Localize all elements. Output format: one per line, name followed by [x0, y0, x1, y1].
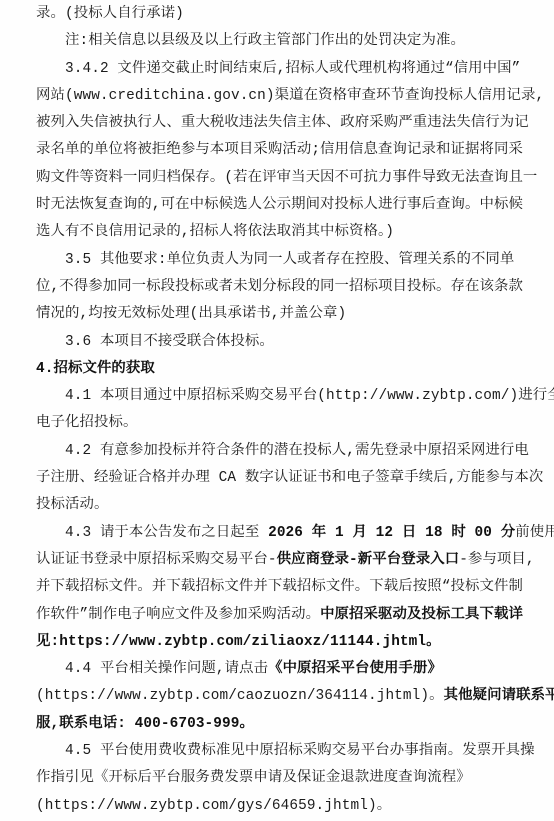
text-line: 3.5 其他要求:单位负责人为同一人或者存在控股、管理关系的不同单 [36, 247, 536, 274]
text-run: 子注册、经验证合格并办理 CA 数字认证证书和电子签章手续后,方能参与本次 [36, 470, 543, 486]
text-run: 注:相关信息以县级及以上行政主管部门作出的处罚决定为准。 [65, 33, 465, 49]
text-run: 选人有不良信用记录的,招标人将依法取消其中标资格。) [36, 224, 394, 240]
text-run: 4.4 平台相关操作问题,请点击 [65, 661, 268, 677]
text-run: 4.1 本项目通过中原招标采购交易平台( [65, 388, 326, 404]
text-line: (https://www.zybtp.com/caozuozn/364114.j… [36, 683, 536, 710]
section-heading: 4.招标文件的获取 [36, 356, 536, 383]
text-run: 3.5 其他要求:单位负责人为同一人或者存在控股、管理关系的不同单 [65, 252, 514, 268]
text-run: 录名单的单位将被拒绝参与本项目采购活动;信用信息查询记录和证据将同采 [36, 142, 523, 158]
text-run: 3.6 本项目不接受联合体投标。 [65, 334, 274, 350]
text-run: )。 [368, 798, 391, 814]
text-line: 4.2 有意参加投标并符合条件的潜在投标人,需先登录中原招采网进行电 [36, 438, 536, 465]
text-line: 见:https://www.zybtp.com/ziliaoxz/11144.j… [36, 629, 536, 656]
text-run: 作指引见《开标后平台服务费发票申请及保证金退款进度查询流程》 [36, 770, 471, 786]
text-run: 时无法恢复查询的,可在中标候选人公示期间对投标人进行事后查询。中标候 [36, 197, 523, 213]
text-run: 其他疑问请联系平台客 [444, 688, 554, 704]
text-line: 认证证书登录中原招标采购交易平台-供应商登录-新平台登录入口-参与项目, [36, 547, 536, 574]
text-line: 3.4.2 文件递交截止时间结束后,招标人或代理机构将通过“信用中国” [36, 56, 536, 83]
text-run: )渠道在资格审查环节查询投标人信用记录, [266, 88, 544, 104]
text-line: 网站(www.creditchina.gov.cn)渠道在资格审查环节查询投标人… [36, 83, 536, 110]
text-run: 作软件”制作电子响应文件及参加采购活动。 [36, 607, 320, 623]
text-run: )进行全 [510, 388, 554, 404]
text-run: ( [36, 688, 45, 704]
text-run: 位,不得参加同一标段投标或者未划分标段的同一招标项目投标。存在该条款 [36, 279, 523, 295]
text-run: 购文件等资料一同归档保存。(若在评审当天因不可抗力事件导致无法查询且一 [36, 170, 537, 186]
url-text: http://www.zybtp.com/ [326, 388, 509, 404]
text-line: 4.5 平台使用费收费标准见中原招标采购交易平台办事指南。发票开具操 [36, 738, 536, 765]
url-text: www.creditchina.gov.cn [74, 88, 266, 104]
text-line: 购文件等资料一同归档保存。(若在评审当天因不可抗力事件导致无法查询且一 [36, 165, 536, 192]
text-line: 3.6 本项目不接受联合体投标。 [36, 329, 536, 356]
text-line: 选人有不良信用记录的,招标人将依法取消其中标资格。) [36, 219, 536, 246]
text-run: 前使用 CA 数字 [515, 525, 554, 541]
text-line: 录。(投标人自行承诺) [36, 1, 536, 28]
document-body: 录。(投标人自行承诺)注:相关信息以县级及以上行政主管部门作出的处罚决定为准。3… [36, 1, 536, 820]
text-run: 并下载招标文件。并下载招标文件并下载招标文件。下载后按照“投标文件制 [36, 579, 523, 595]
text-run: 4.3 请于本公告发布之日起至 [65, 525, 268, 541]
text-run: 《中原招采平台使用手册》 [268, 661, 442, 677]
text-run: 录。(投标人自行承诺) [36, 6, 184, 22]
text-line: 情况的,均按无效标处理(出具承诺书,并盖公章) [36, 301, 536, 328]
text-line: (https://www.zybtp.com/gys/64659.jhtml)。 [36, 793, 536, 820]
text-run: 情况的,均按无效标处理(出具承诺书,并盖公章) [36, 306, 346, 322]
text-line: 子注册、经验证合格并办理 CA 数字认证证书和电子签章手续后,方能参与本次 [36, 465, 536, 492]
text-run: 2026 年 1 月 12 日 18 时 00 分 [268, 525, 515, 541]
document-page: 录。(投标人自行承诺)注:相关信息以县级及以上行政主管部门作出的处罚决定为准。3… [0, 0, 554, 821]
text-run: 4.2 有意参加投标并符合条件的潜在投标人,需先登录中原招采网进行电 [65, 443, 529, 459]
text-line: 时无法恢复查询的,可在中标候选人公示期间对投标人进行事后查询。中标候 [36, 192, 536, 219]
text-run: 见: [36, 634, 59, 650]
text-line: 注:相关信息以县级及以上行政主管部门作出的处罚决定为准。 [36, 28, 536, 55]
text-line: 被列入失信被执行人、重大税收违法失信主体、政府采购严重违法失信行为记 [36, 110, 536, 137]
text-line: 并下载招标文件。并下载招标文件并下载招标文件。下载后按照“投标文件制 [36, 574, 536, 601]
text-run: 中原招采驱动及投标工具下载详 [320, 607, 523, 623]
text-run: 供应商登录-新平台登录入口 [277, 552, 460, 568]
text-line: 位,不得参加同一标段投标或者未划分标段的同一招标项目投标。存在该条款 [36, 274, 536, 301]
phone-number: 400-6703-999 [126, 716, 240, 732]
text-line: 电子化招投标。 [36, 410, 536, 437]
text-run: -参与项目, [459, 552, 534, 568]
text-line: 服,联系电话: 400-6703-999。 [36, 711, 536, 738]
text-run: 认证证书登录中原招标采购交易平台- [36, 552, 277, 568]
text-run: 网站( [36, 88, 74, 104]
text-run: 。 [240, 716, 255, 732]
text-run: 4.招标文件的获取 [36, 361, 155, 377]
text-line: 4.1 本项目通过中原招标采购交易平台(http://www.zybtp.com… [36, 383, 536, 410]
text-run: 投标活动。 [36, 497, 108, 513]
text-run: ( [36, 798, 45, 814]
url-text: https://www.zybtp.com/gys/64659.jhtml [45, 798, 368, 814]
text-run: 服,联系电话: [36, 716, 126, 732]
text-run: 4.5 平台使用费收费标准见中原招标采购交易平台办事指南。发票开具操 [65, 743, 535, 759]
text-run: 被列入失信被执行人、重大税收违法失信主体、政府采购严重违法失信行为记 [36, 115, 529, 131]
text-line: 作指引见《开标后平台服务费发票申请及保证金退款进度查询流程》 [36, 765, 536, 792]
text-line: 4.3 请于本公告发布之日起至 2026 年 1 月 12 日 18 时 00 … [36, 520, 536, 547]
text-run: 3.4.2 文件递交截止时间结束后,招标人或代理机构将通过“信用中国” [65, 61, 520, 77]
text-run: )。 [420, 688, 443, 704]
text-line: 投标活动。 [36, 492, 536, 519]
text-line: 4.4 平台相关操作问题,请点击《中原招采平台使用手册》 [36, 656, 536, 683]
text-line: 录名单的单位将被拒绝参与本项目采购活动;信用信息查询记录和证据将同采 [36, 137, 536, 164]
text-run: 电子化招投标。 [36, 415, 137, 431]
text-line: 作软件”制作电子响应文件及参加采购活动。中原招采驱动及投标工具下载详 [36, 602, 536, 629]
url-text: https://www.zybtp.com/caozuozn/364114.jh… [45, 688, 421, 704]
url-text: https://www.zybtp.com/ziliaoxz/11144.jht… [59, 634, 426, 650]
text-run: 。 [426, 634, 441, 650]
